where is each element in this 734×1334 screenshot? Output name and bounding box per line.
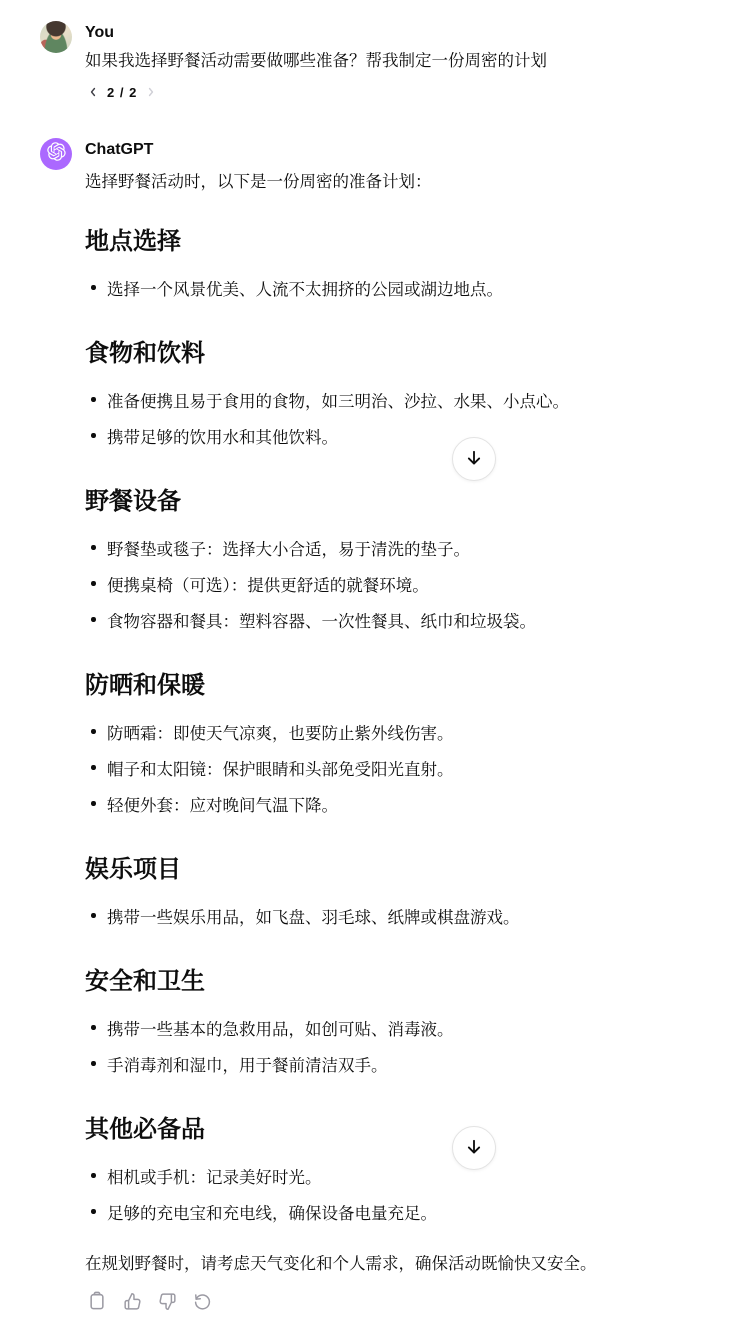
list-item: 足够的充电宝和充电线，确保设备电量充足。 <box>85 1196 710 1232</box>
scroll-to-bottom-button[interactable] <box>452 1126 496 1170</box>
section-list: 携带一些基本的急救用品，如创可贴、消毒液。 手消毒剂和湿巾，用于餐前清洁双手。 <box>85 1012 710 1084</box>
section-list: 相机或手机：记录美好时光。 足够的充电宝和充电线，确保设备电量充足。 <box>85 1160 710 1232</box>
section-heading: 安全和卫生 <box>85 966 710 998</box>
thumbs-up-button[interactable] <box>122 1290 142 1312</box>
section-heading: 防晒和保暖 <box>85 670 710 702</box>
regenerate-button[interactable] <box>192 1290 212 1312</box>
list-item: 选择一个风景优美、人流不太拥挤的公园或湖边地点。 <box>85 272 710 308</box>
list-item: 携带一些基本的急救用品，如创可贴、消毒液。 <box>85 1012 710 1048</box>
arrow-down-icon <box>464 448 484 471</box>
list-item: 准备便携且易于食用的食物，如三明治、沙拉、水果、小点心。 <box>85 384 710 420</box>
version-counter: 2 / 2 <box>107 85 137 100</box>
user-message-text: 如果我选择野餐活动需要做哪些准备？帮我制定一份周密的计划 <box>85 47 710 75</box>
scroll-to-bottom-button[interactable] <box>452 437 496 481</box>
assistant-message: ChatGPT 选择野餐活动时，以下是一份周密的准备计划： 地点选择 选择一个风… <box>40 138 710 1312</box>
list-item: 轻便外套：应对晚间气温下降。 <box>85 788 710 824</box>
assistant-author-label: ChatGPT <box>85 138 710 162</box>
thumbs-up-icon <box>123 1292 142 1311</box>
list-item: 便携桌椅（可选）：提供更舒适的就餐环境。 <box>85 568 710 604</box>
section-list: 携带一些娱乐用品，如飞盘、羽毛球、纸牌或棋盘游戏。 <box>85 900 710 936</box>
closing-paragraph: 在规划野餐时，请考虑天气变化和个人需求，确保活动既愉快又安全。 <box>85 1250 710 1278</box>
list-item: 携带足够的饮用水和其他饮料。 <box>85 420 710 456</box>
list-item: 防晒霜：即使天气凉爽，也要防止紫外线伤害。 <box>85 716 710 752</box>
section-heading: 其他必备品 <box>85 1114 710 1146</box>
thumbs-down-icon <box>158 1292 177 1311</box>
list-item: 食物容器和餐具：塑料容器、一次性餐具、纸巾和垃圾袋。 <box>85 604 710 640</box>
section-heading: 娱乐项目 <box>85 854 710 886</box>
user-message: You 如果我选择野餐活动需要做哪些准备？帮我制定一份周密的计划 2 / 2 <box>40 21 710 100</box>
section-list: 选择一个风景优美、人流不太拥挤的公园或湖边地点。 <box>85 272 710 308</box>
thumbs-down-button[interactable] <box>157 1290 177 1312</box>
copy-button[interactable] <box>87 1290 107 1312</box>
user-author-label: You <box>85 21 710 45</box>
user-avatar <box>40 21 72 53</box>
copy-icon <box>88 1291 106 1311</box>
openai-logo-icon <box>47 142 66 166</box>
list-item: 相机或手机：记录美好时光。 <box>85 1160 710 1196</box>
list-item: 野餐垫或毯子：选择大小合适，易于清洗的垫子。 <box>85 532 710 568</box>
list-item: 帽子和太阳镜：保护眼睛和头部免受阳光直射。 <box>85 752 710 788</box>
section-list: 准备便携且易于食用的食物，如三明治、沙拉、水果、小点心。 携带足够的饮用水和其他… <box>85 384 710 456</box>
chevron-left-icon[interactable] <box>85 84 101 100</box>
section-heading: 野餐设备 <box>85 486 710 518</box>
section-heading: 地点选择 <box>85 226 710 258</box>
assistant-markdown: 选择野餐活动时，以下是一份周密的准备计划： 地点选择 选择一个风景优美、人流不太… <box>85 168 710 1278</box>
section-list: 野餐垫或毯子：选择大小合适，易于清洗的垫子。 便携桌椅（可选）：提供更舒适的就餐… <box>85 532 710 640</box>
arrow-down-icon <box>464 1137 484 1160</box>
conversation: You 如果我选择野餐活动需要做哪些准备？帮我制定一份周密的计划 2 / 2 C… <box>0 0 734 1312</box>
chevron-right-icon[interactable] <box>143 84 159 100</box>
assistant-avatar <box>40 138 72 170</box>
regenerate-icon <box>193 1292 212 1311</box>
section-heading: 食物和饮料 <box>85 338 710 370</box>
message-version-pager: 2 / 2 <box>85 84 710 100</box>
list-item: 携带一些娱乐用品，如飞盘、羽毛球、纸牌或棋盘游戏。 <box>85 900 710 936</box>
message-action-bar <box>87 1290 710 1312</box>
intro-paragraph: 选择野餐活动时，以下是一份周密的准备计划： <box>85 168 710 196</box>
section-list: 防晒霜：即使天气凉爽，也要防止紫外线伤害。 帽子和太阳镜：保护眼睛和头部免受阳光… <box>85 716 710 824</box>
list-item: 手消毒剂和湿巾，用于餐前清洁双手。 <box>85 1048 710 1084</box>
